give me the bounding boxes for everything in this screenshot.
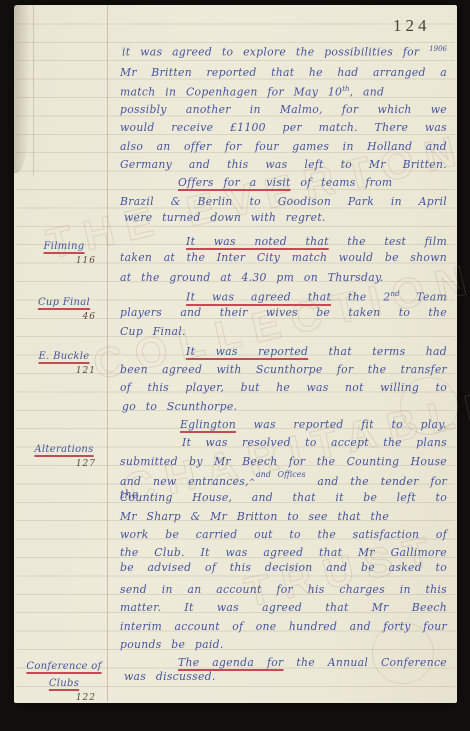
handwritten-text: also an offer for four games in Holland … — [120, 140, 447, 153]
manuscript-line: also an offer for four games in Holland … — [120, 140, 447, 157]
handwritten-text: pounds be paid. — [120, 638, 224, 651]
manuscript-line: Cup Final. — [120, 325, 186, 342]
handwritten-text: was reported fit to play. — [236, 418, 447, 431]
handwritten-text: Team — [400, 291, 447, 304]
handwritten-text: would receive £1100 per match. There was — [120, 121, 447, 134]
manuscript-line: was discussed. — [124, 670, 216, 687]
handwritten-text: was discussed. — [124, 670, 216, 683]
handwritten-text: of teams from — [291, 176, 393, 189]
margin-note-ref: 116 — [22, 255, 106, 268]
red-underlined-phrase: It was noted that — [186, 235, 329, 248]
manuscript-line: would receive £1100 per match. There was — [120, 121, 447, 138]
margin-note-label: Conference of Clubs — [26, 661, 101, 689]
manuscript-line: The agenda for the Annual Conference — [178, 656, 447, 673]
handwritten-text: the Annual Conference — [284, 656, 447, 669]
margin-note: Cup Final46 — [22, 294, 106, 324]
manuscript-line: It was agreed that the 2nd Team — [186, 290, 447, 307]
manuscript-line: taken at the Inter City match would be s… — [120, 251, 447, 268]
handwritten-text: match in Copenhagen for May 10 — [120, 86, 342, 99]
manuscript-line: work be carried out to the satisfaction … — [120, 528, 447, 545]
manuscript-line: pounds be paid. — [120, 638, 224, 655]
manuscript-line: possibly another in Malmo, for which we — [120, 103, 447, 120]
handwritten-text: nd — [391, 290, 400, 298]
margin-note-label: Alterations — [34, 444, 93, 455]
margin-note-ref: 122 — [22, 692, 106, 705]
handwritten-text: It was resolved to accept the plans — [182, 436, 447, 449]
handwritten-text: the test film — [329, 235, 447, 248]
handwritten-text: Counting House, and that it be left to — [120, 491, 447, 504]
manuscript-line: at the ground at 4.30 pm on Thursday. — [120, 271, 384, 288]
margin-note: Filming116 — [22, 238, 106, 268]
manuscript-line: players and their wives be taken to the — [120, 306, 447, 323]
handwritten-text: , and — [350, 86, 385, 99]
manuscript-line: Mr Britten reported that he had arranged… — [120, 66, 447, 83]
margin-note-label: E. Buckle — [39, 351, 90, 362]
handwritten-text: Cup Final. — [120, 325, 186, 338]
manuscript-line: it was agreed to explore the possibiliti… — [122, 45, 447, 62]
handwritten-text: send in an account for his charges in th… — [120, 583, 447, 596]
handwritten-text: Germany and this was left to Mr Britten. — [120, 158, 447, 171]
handwritten-text: go to Scunthorpe. — [122, 400, 237, 413]
handwritten-text: possibly another in Malmo, for which we — [120, 103, 447, 116]
handwritten-text: at the ground at 4.30 pm on Thursday. — [120, 271, 384, 284]
red-underlined-phrase: It was agreed that — [186, 291, 331, 304]
manuscript-line: It was noted that the test film — [186, 235, 447, 252]
handwritten-text: were turned down with regret. — [124, 211, 326, 224]
page-number: 124 — [393, 16, 431, 36]
manuscript-line: Brazil & Berlin to Goodison Park in Apri… — [120, 195, 447, 212]
margin-note-ref: 127 — [22, 458, 106, 471]
ledger-photo: THE EVERTONCOLLECTIONCHARITABLETRUST 124… — [0, 0, 470, 731]
manuscript-line: been agreed with Scunthorpe for the tran… — [120, 363, 447, 380]
inserted-phrase: and Offices — [256, 470, 306, 479]
red-underlined-phrase: Offers for a visit — [178, 176, 291, 189]
handwritten-text: players and their wives be taken to the — [120, 306, 447, 319]
manuscript-line: Counting House, and that it be left to — [120, 491, 447, 508]
red-underlined-phrase: It was reported — [186, 345, 308, 358]
manuscript-line: match in Copenhagen for May 10th, and — [120, 85, 384, 102]
manuscript-line: of this player, but he was not willing t… — [120, 381, 447, 398]
handwritten-text: the Club. It was agreed that Mr Gallimor… — [120, 546, 447, 559]
manuscript-line: be advised of this decision and be asked… — [120, 561, 447, 578]
manuscript-line: matter. It was agreed that Mr Beech — [120, 601, 447, 618]
margin-note: Conference of Clubs122 — [22, 658, 106, 705]
manuscript-line: Mr Sharp & Mr Britton to see that the — [120, 510, 389, 527]
margin-note-ref: 46 — [22, 311, 106, 324]
handwritten-text: Mr Sharp & Mr Britton to see that the — [120, 510, 389, 523]
handwritten-text: matter. It was agreed that Mr Beech — [120, 601, 447, 614]
manuscript-line: interim account of one hundred and forty… — [120, 620, 447, 637]
manuscript-line: Eglington was reported fit to play. — [180, 418, 447, 435]
margin-note-label: Filming — [44, 241, 85, 252]
handwritten-text: that terms had — [308, 345, 447, 358]
manuscript-line: were turned down with regret. — [124, 211, 326, 228]
handwritten-text: of this player, but he was not willing t… — [120, 381, 447, 394]
manuscript-line: It was resolved to accept the plans — [182, 436, 447, 453]
margin-note: E. Buckle121 — [22, 348, 106, 378]
manuscript-line: Germany and this was left to Mr Britten. — [120, 158, 447, 175]
manuscript-line: Offers for a visit of teams from — [178, 176, 392, 193]
red-underlined-phrase: The agenda for — [178, 656, 284, 669]
margin-note-label: Cup Final — [38, 297, 90, 308]
manuscript-line: go to Scunthorpe. — [122, 400, 237, 417]
handwritten-text: be advised of this decision and be asked… — [120, 561, 447, 574]
handwritten-text: been agreed with Scunthorpe for the tran… — [120, 363, 447, 376]
handwritten-text: interim account of one hundred and forty… — [120, 620, 447, 633]
handwritten-text: submitted by Mr Beech for the Counting H… — [120, 455, 447, 468]
handwritten-text: th — [342, 85, 349, 93]
handwritten-text: and new entrances, — [120, 475, 249, 488]
margin-note: Alterations127 — [22, 441, 106, 471]
handwritten-text: it was agreed to explore the possibiliti… — [122, 46, 429, 59]
handwritten-text: work be carried out to the satisfaction … — [120, 528, 447, 541]
manuscript-line: send in an account for his charges in th… — [120, 583, 447, 600]
margin-note-ref: 121 — [22, 365, 106, 378]
handwritten-text: ^ — [249, 478, 256, 487]
handwritten-text: Brazil & Berlin to Goodison Park in Apri… — [120, 195, 447, 208]
handwritten-text: the 2 — [331, 291, 390, 304]
margin-rule — [107, 5, 108, 702]
red-underlined-phrase: Eglington — [180, 418, 236, 431]
manuscript-line: It was reported that terms had — [186, 345, 447, 362]
handwritten-text: Mr Britten reported that he had arranged… — [120, 66, 447, 79]
manuscript-line: and new entrances,^and Offices and the t… — [120, 475, 447, 492]
handwritten-text: taken at the Inter City match would be s… — [120, 251, 447, 264]
handwritten-text: 1906 — [429, 45, 447, 53]
